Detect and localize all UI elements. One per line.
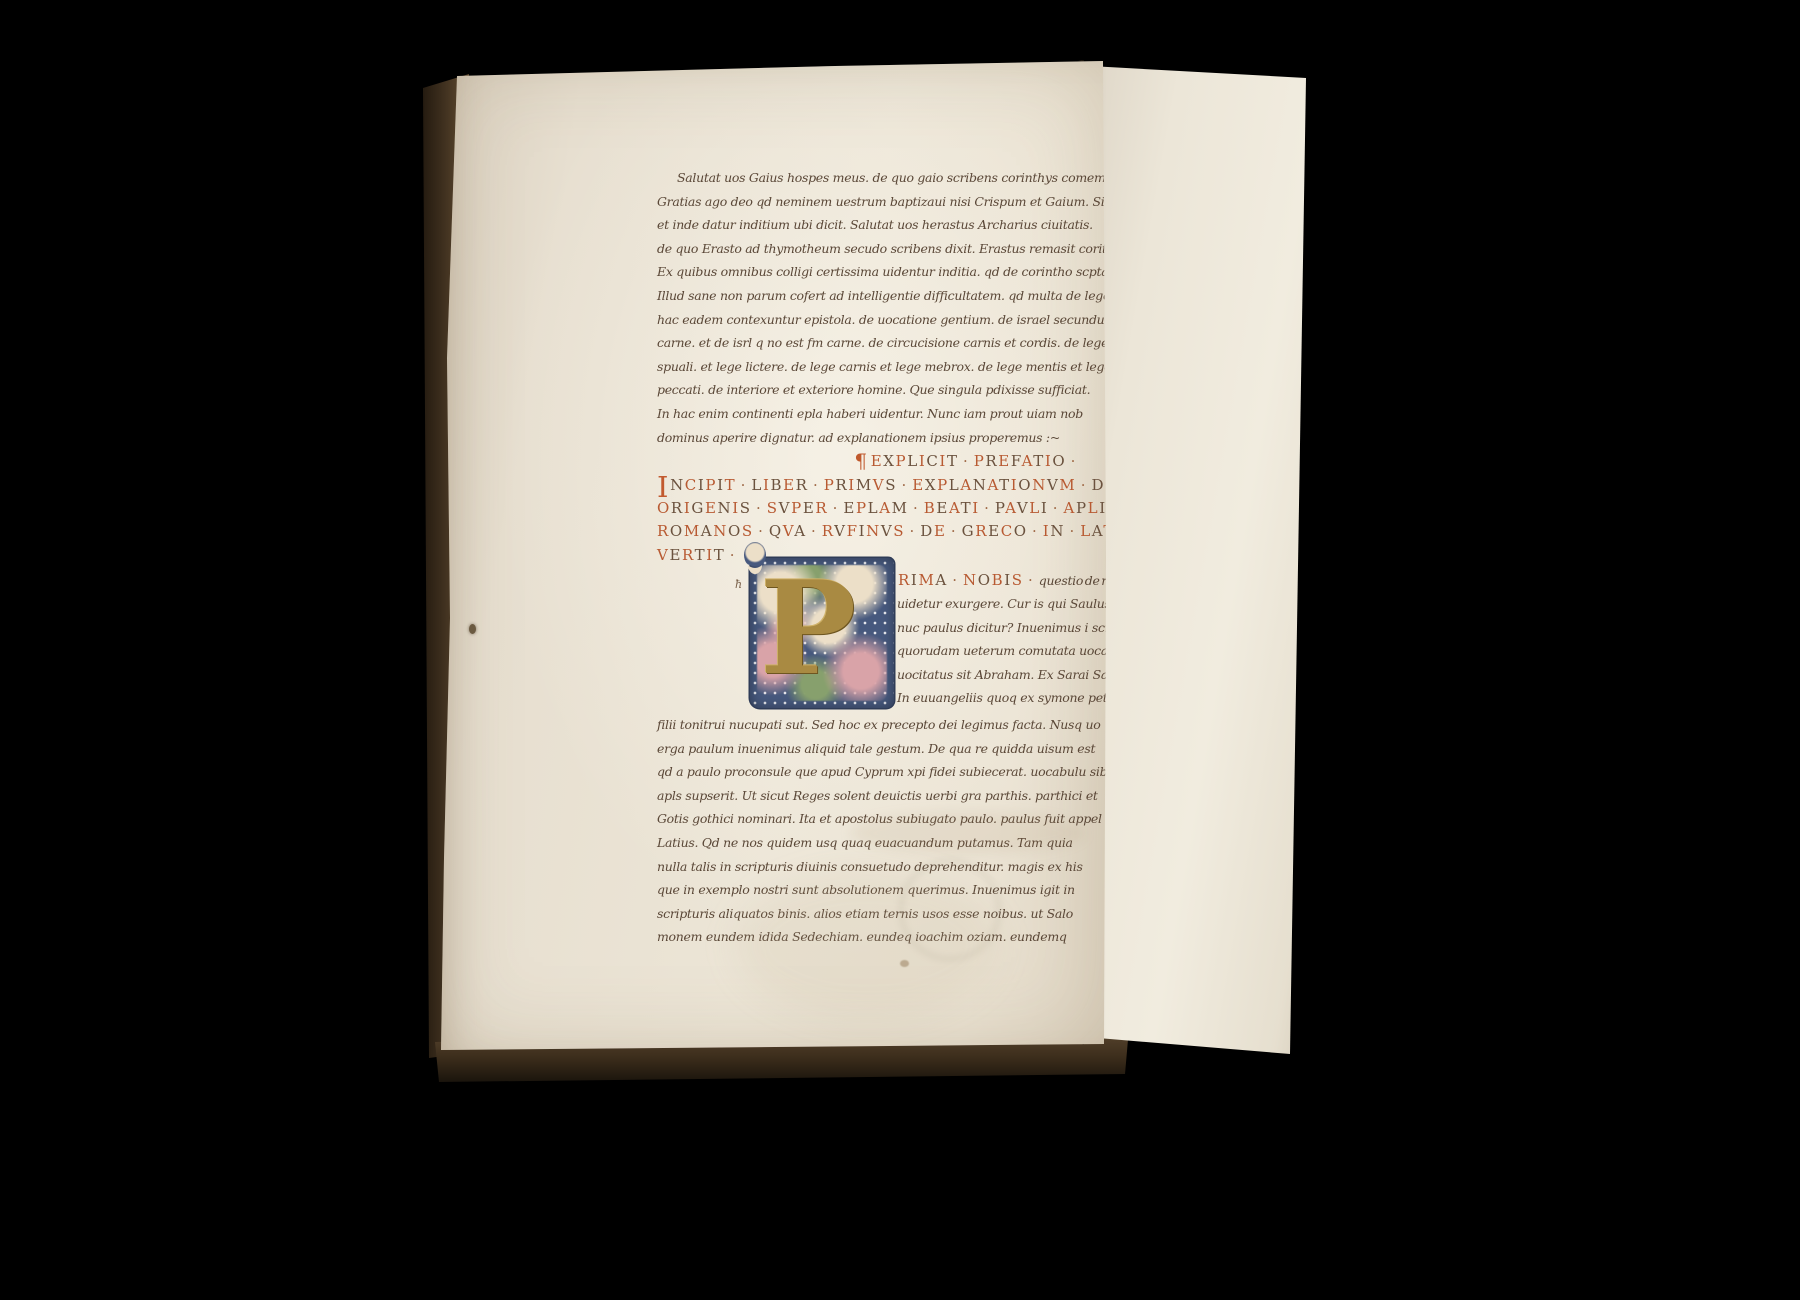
manuscript-text-line: de quo Erasto ad thymotheum secudo scrib…: [657, 237, 1077, 261]
manuscript-photo: Salutat uos Gaius hospes meus. de quo ga…: [0, 0, 1800, 1300]
manuscript-text-line: Illud sane non parum cofert ad intellige…: [657, 284, 1077, 308]
initial-letter-glyph: P: [760, 554, 904, 704]
incipit-rubric: INCIPIT · LIBER · PRIMVS · EXPLANATIONVM…: [657, 474, 1087, 567]
paragraphus-mark: ¶: [854, 449, 868, 473]
incipit-line: ROMANOS · QVA · RVFINVS · DE · GRECO · I…: [657, 520, 1087, 543]
manuscript-text-line: et inde datur inditium ubi dicit. Saluta…: [657, 213, 1077, 237]
marginal-mark: ħ: [735, 578, 742, 591]
facing-page-edge: [1082, 52, 1312, 1062]
manuscript-text-line: hac eadem contexuntur epistola. de uocat…: [657, 308, 1077, 332]
incipit-line: INCIPIT · LIBER · PRIMVS · EXPLANATIONVM…: [657, 474, 1087, 497]
explicit-rubric-text: EXPLICIT · PREFATIO ·: [871, 452, 1077, 470]
preface-paragraph: Salutat uos Gaius hospes meus. de quo ga…: [657, 166, 1077, 449]
show-through-stain: [850, 812, 1085, 854]
manuscript-text-line: Ex quibus omnibus colligi certissima uid…: [657, 260, 1077, 284]
manuscript-text-line: spuali. et lege lictere. de lege carnis …: [657, 355, 1077, 379]
manuscript-text-line: erga paulum inuenimus aliquid tale gestu…: [657, 737, 1087, 761]
explicit-rubric: ¶EXPLICIT · PREFATIO ·: [657, 450, 1077, 473]
manuscript-text-line: carne. et de isrl q no est fm carne. de …: [657, 331, 1077, 355]
manuscript-text-line: peccati. de interiore et exteriore homin…: [657, 378, 1077, 402]
illuminated-initial-P: P: [750, 558, 894, 708]
initial-knot-ornament: [744, 542, 766, 568]
opening-capitals: RIMA · NOBIS ·: [898, 571, 1034, 589]
manuscript-text-line: In hac enim continenti epla haberi uiden…: [657, 402, 1077, 426]
manuscript-text-line: dominus aperire dignatur. ad explanation…: [657, 426, 1077, 450]
faint-stamp-ghost: [898, 858, 1002, 962]
manuscript-text-line: apls supserit. Ut sicut Reges solent deu…: [657, 784, 1087, 808]
incipit-line: ORIGENIS · SVPER · EPLAM · BEATI · PAVLI…: [657, 497, 1087, 520]
manuscript-text-line: filii tonitrui nucupati sut. Sed hoc ex …: [657, 713, 1087, 737]
ink-speck: [900, 960, 909, 967]
manuscript-text-line: Salutat uos Gaius hospes meus. de quo ga…: [657, 166, 1077, 190]
parchment-hole: [469, 624, 476, 634]
manuscript-text-line: Gratias ago deo qd neminem uestrum bapti…: [657, 190, 1077, 214]
manuscript-text-line: qd a paulo proconsule que apud Cyprum xp…: [657, 760, 1087, 784]
